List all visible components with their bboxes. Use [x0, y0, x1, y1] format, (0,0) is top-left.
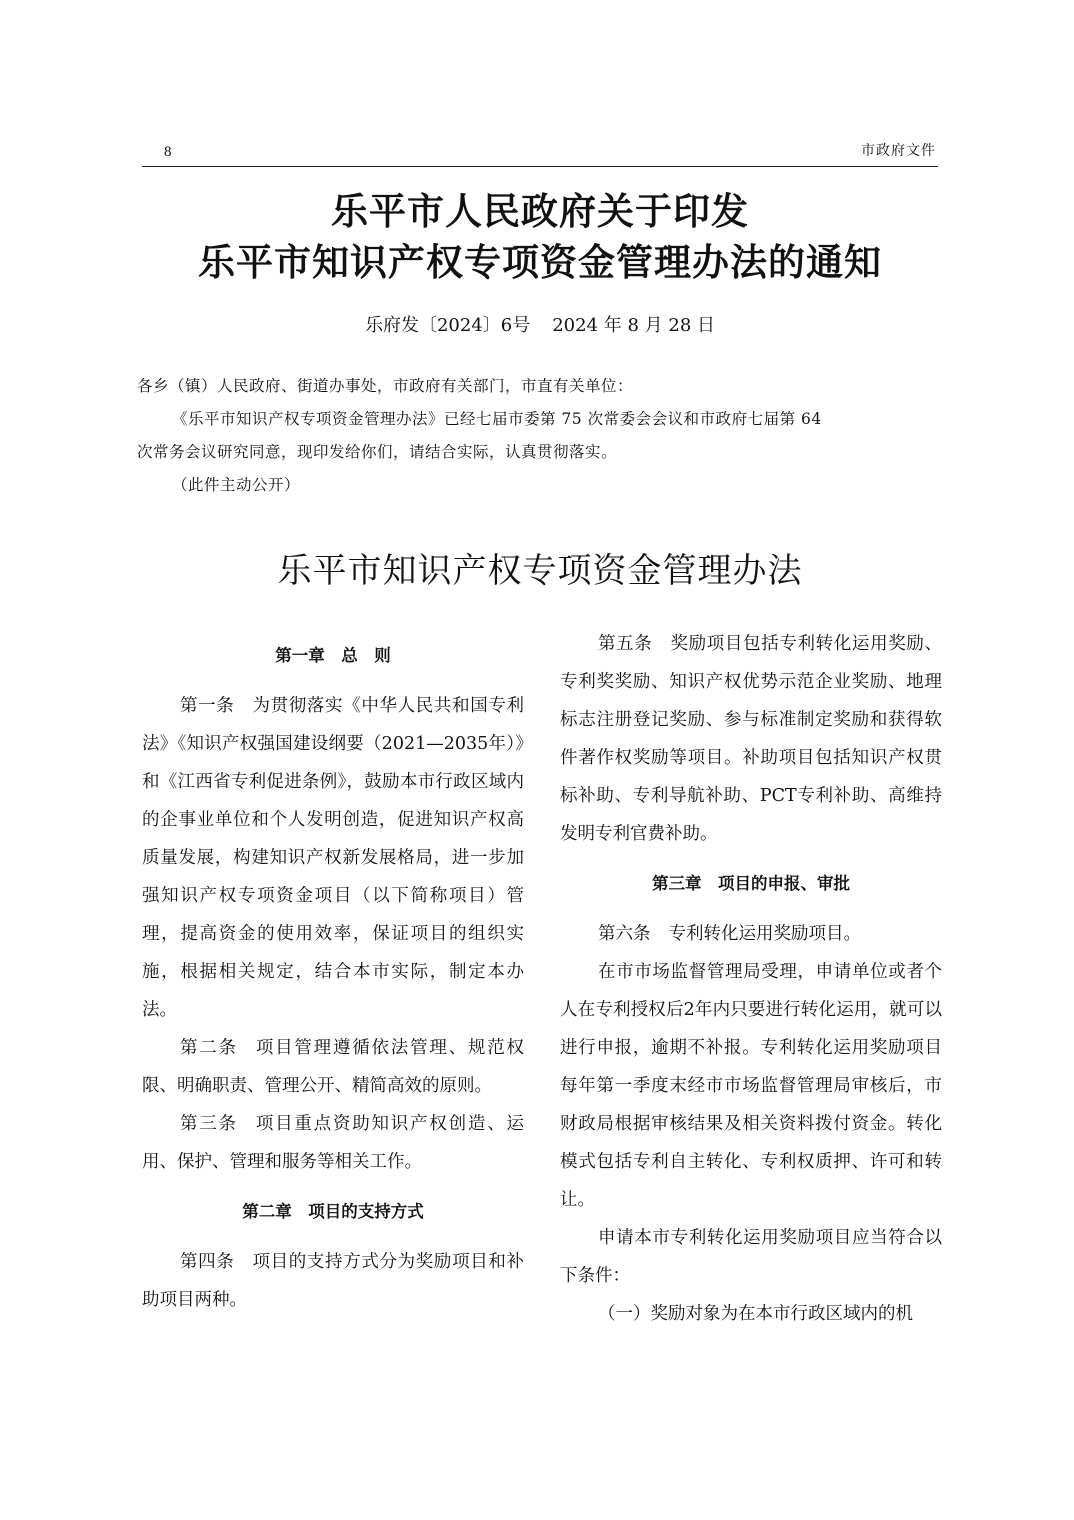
page-number: 8 [164, 144, 172, 161]
article-text: 为贯彻落实《中华人民共和国专利法》《知识产权强国建设纲要（2021—2035年）… [142, 696, 524, 1020]
article-2: 第二条项目管理遵循依法管理、规范权限、明确职责、管理公开、精简高效的原则。 [142, 1029, 524, 1105]
article-label: 第四条 [180, 1252, 234, 1272]
article-text: 专利转化运用奖励项目。 [669, 924, 862, 944]
notice-body: 各乡（镇）人民政府、街道办事处，市政府有关部门，市直有关单位： 《乐平市知识产权… [137, 370, 943, 502]
article-3: 第三条项目重点资助知识产权创造、运用、保护、管理和服务等相关工作。 [142, 1105, 524, 1181]
chapter-heading: 第一章 总 则 [142, 637, 524, 675]
notice-title-line-2: 乐平市知识产权专项资金管理办法的通知 [142, 237, 938, 287]
article-6: 第六条专利转化运用奖励项目。 [560, 915, 942, 953]
running-header: 8 市政府文件 [142, 138, 938, 167]
article-label: 第五条 [598, 634, 652, 654]
document-date: 2024 年 8 月 28 日 [552, 315, 715, 336]
article-label: 第三条 [180, 1114, 238, 1134]
left-column: 第一章 总 则 第一条为贯彻落实《中华人民共和国专利法》《知识产权强国建设纲要（… [142, 625, 524, 1319]
chapter-heading: 第二章 项目的支持方式 [142, 1193, 524, 1231]
document-code: 乐府发〔2024〕6号 [365, 315, 530, 336]
disclosure-note: （此件主动公开） [137, 469, 943, 502]
addressee: 各乡（镇）人民政府、街道办事处，市政府有关部门，市直有关单位： [137, 370, 943, 403]
article-label: 第一条 [180, 696, 234, 716]
article-text: 奖励项目包括专利转化运用奖励、专利奖奖励、知识产权优势示范企业奖励、地理标志注册… [560, 634, 942, 844]
article-1: 第一条为贯彻落实《中华人民共和国专利法》《知识产权强国建设纲要（2021—203… [142, 687, 524, 1029]
right-column: 第五条奖励项目包括专利转化运用奖励、专利奖奖励、知识产权优势示范企业奖励、地理标… [560, 625, 942, 1333]
notice-title-line-1: 乐平市人民政府关于印发 [142, 186, 938, 236]
paragraph: 申请本市专利转化运用奖励项目应当符合以下条件： [560, 1219, 942, 1295]
article-4: 第四条项目的支持方式分为奖励项目和补助项目两种。 [142, 1243, 524, 1319]
article-label: 第六条 [598, 924, 651, 944]
notice-paragraph-line-1: 《乐平市知识产权专项资金管理办法》已经七届市委第 75 次常委会会议和市政府七届… [137, 403, 943, 436]
notice-paragraph-line-2: 次常务会议研究同意，现印发给你们，请结合实际，认真贯彻落实。 [137, 436, 943, 469]
article-label: 第二条 [180, 1038, 238, 1058]
document-number-line: 乐府发〔2024〕6号2024 年 8 月 28 日 [142, 312, 938, 340]
chapter-heading: 第三章 项目的申报、审批 [560, 865, 942, 903]
paragraph: 在市市场监督管理局受理，申请单位或者个人在专利授权后2年内只要进行转化运用，就可… [560, 953, 942, 1219]
regulation-title: 乐平市知识产权专项资金管理办法 [142, 546, 938, 596]
article-5: 第五条奖励项目包括专利转化运用奖励、专利奖奖励、知识产权优势示范企业奖励、地理标… [560, 625, 942, 853]
document-page: 8 市政府文件 乐平市人民政府关于印发 乐平市知识产权专项资金管理办法的通知 乐… [0, 0, 1074, 1520]
list-item: （一）奖励对象为在本市行政区域内的机 [560, 1295, 942, 1333]
document-series-label: 市政府文件 [861, 140, 936, 160]
